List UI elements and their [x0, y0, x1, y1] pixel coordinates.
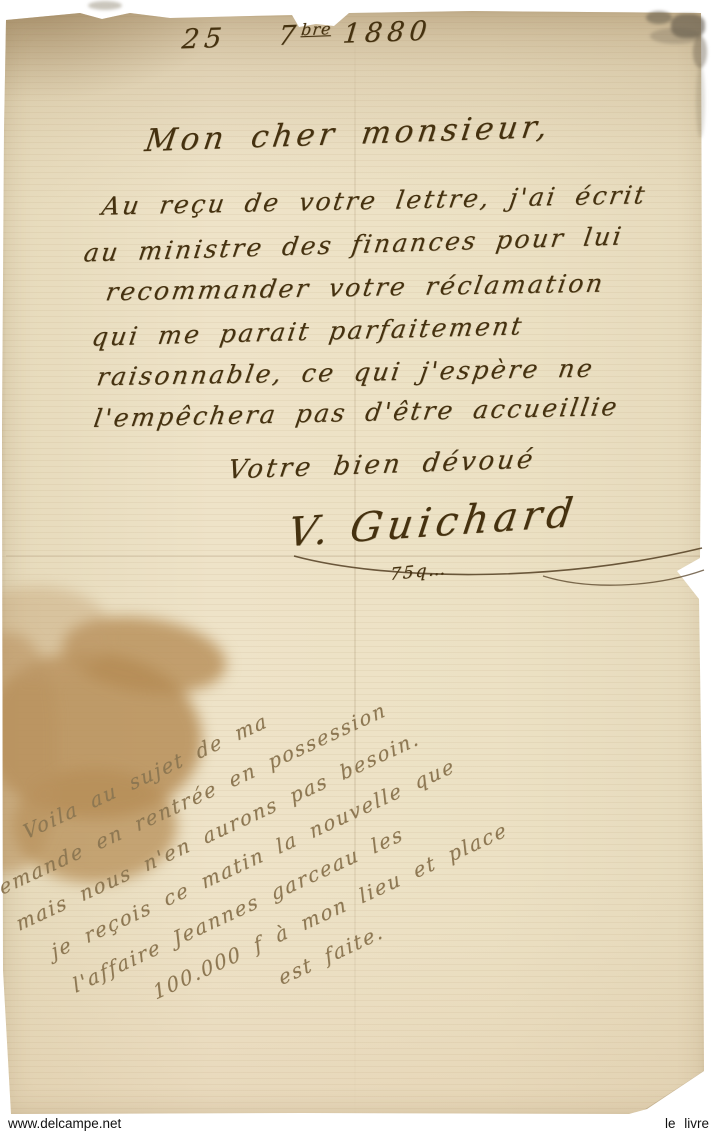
scanned-letter-image: 257bre1880 Mon cher monsieur, Au reçu de…: [0, 0, 719, 1132]
watermark-right-text: le livre: [665, 1116, 709, 1131]
date-year: 1880: [341, 16, 433, 50]
watermark-left-text: www.delcampe.net: [8, 1116, 121, 1131]
bottom-right-corner-crease: [637, 1062, 719, 1116]
date-month: 7: [277, 20, 302, 52]
watermark-bar: www.delcampe.net le livre: [0, 1115, 719, 1132]
date-month-suffix: bre: [300, 19, 332, 39]
signature-flourish: [288, 540, 708, 595]
date-day: 25: [180, 23, 228, 56]
